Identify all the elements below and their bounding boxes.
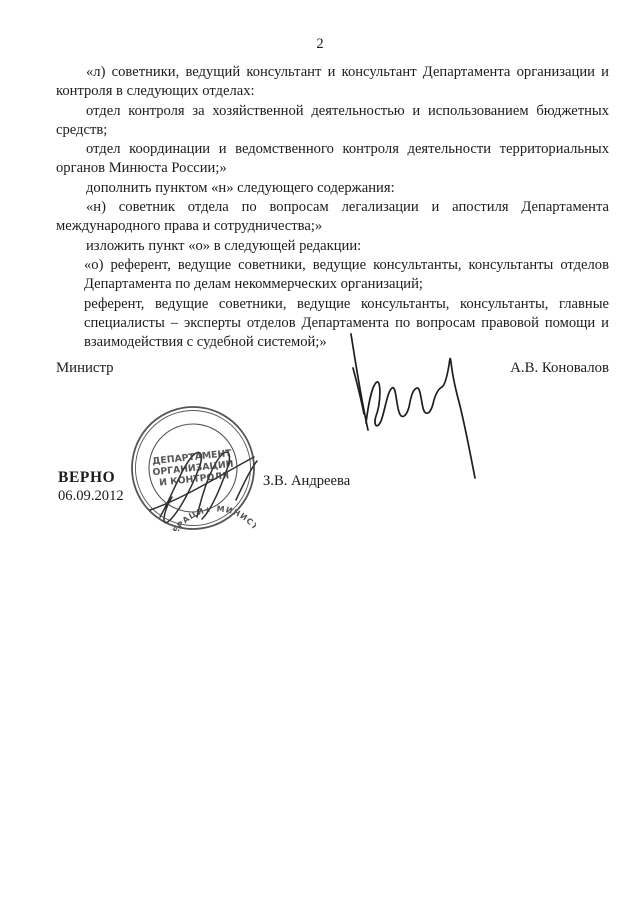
minister-title: Министр bbox=[56, 360, 114, 377]
body-paragraph: референт, ведущие советники, ведущие кон… bbox=[84, 295, 609, 353]
ministry-stamp: ★ МИНИСТЕРСТВО ЮСТИЦИИ РОССИЙСКОЙ ФЕДЕРА… bbox=[130, 405, 256, 531]
body-paragraph: отдел контроля за хозяйственной деятельн… bbox=[56, 102, 609, 141]
signature-row: Министр А.В. Коновалов bbox=[56, 360, 609, 377]
stamp-center-text: ДЕПАРТАМЕНТ ОРГАНИЗАЦИИ И КОНТРОЛЯ bbox=[151, 448, 235, 489]
minister-name: А.В. Коновалов bbox=[510, 360, 609, 377]
body-paragraph: дополнить пунктом «н» следующего содержа… bbox=[56, 179, 609, 198]
page-number: 2 bbox=[0, 36, 640, 53]
document-body: «л) советники, ведущий консультант и кон… bbox=[56, 63, 609, 352]
body-paragraph: «л) советники, ведущий консультант и кон… bbox=[56, 63, 609, 102]
stamp-graphic: ★ МИНИСТЕРСТВО ЮСТИЦИИ РОССИЙСКОЙ ФЕДЕРА… bbox=[130, 405, 256, 531]
body-paragraph: отдел координации и ведомственного контр… bbox=[56, 140, 609, 179]
certification-block: ВЕРНО 06.09.2012 bbox=[58, 469, 124, 505]
body-paragraph: «н) советник отдела по вопросам легализа… bbox=[56, 198, 609, 237]
document-page: 2 «л) советники, ведущий консультант и к… bbox=[0, 0, 640, 905]
body-paragraph: «о) референт, ведущие советники, ведущие… bbox=[84, 256, 609, 295]
verno-label: ВЕРНО bbox=[58, 469, 124, 487]
certifier-name: З.В. Андреева bbox=[263, 473, 350, 490]
minister-signature bbox=[351, 334, 475, 478]
verno-date: 06.09.2012 bbox=[58, 488, 124, 505]
body-paragraph: изложить пункт «о» в следующей редакции: bbox=[56, 237, 609, 256]
